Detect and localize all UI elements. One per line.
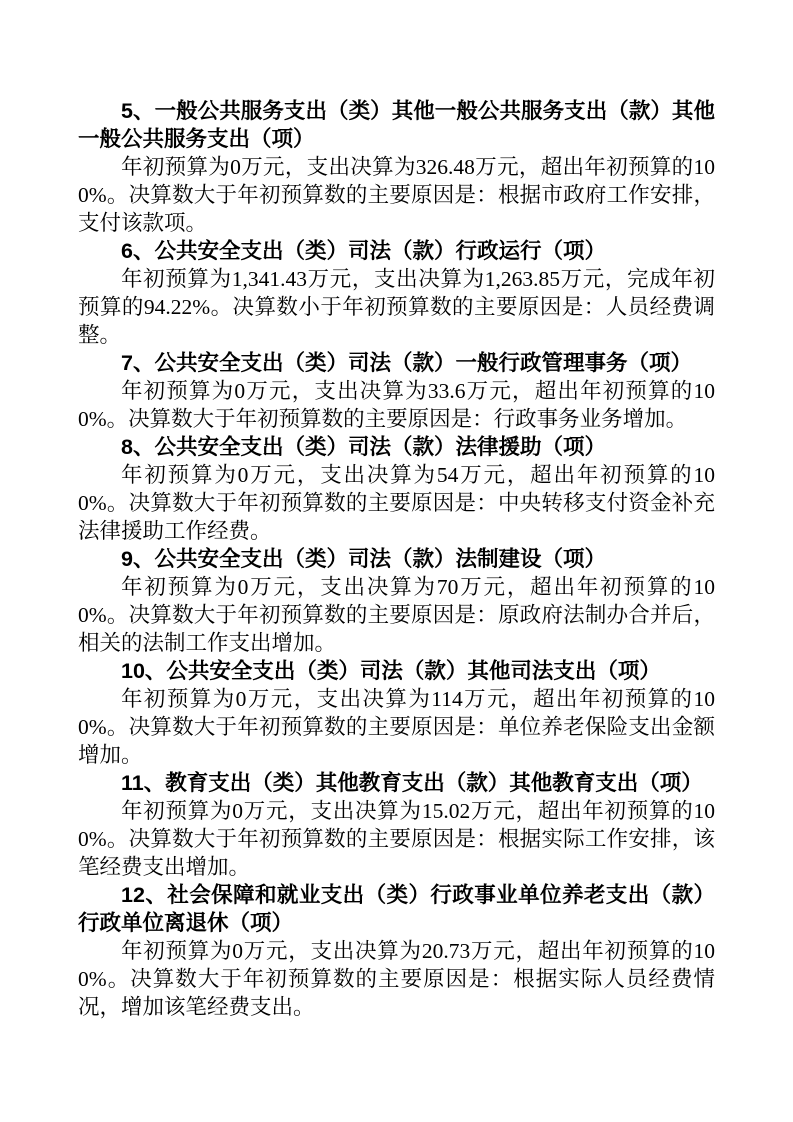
section-heading: 11、教育支出（类）其他教育支出（款）其他教育支出（项） [78, 769, 715, 797]
section-body: 年初预算为0万元，支出决算为326.48万元，超出年初预算的100%。决算数大于… [78, 153, 715, 237]
budget-section: 12、社会保障和就业支出（类）行政事业单位养老支出（款）行政单位离退休（项） 年… [78, 881, 715, 1021]
section-heading: 8、公共安全支出（类）司法（款）法律援助（项） [78, 433, 715, 461]
section-heading: 5、一般公共服务支出（类）其他一般公共服务支出（款）其他一般公共服务支出（项） [78, 97, 715, 153]
section-body: 年初预算为0万元，支出决算为15.02万元，超出年初预算的100%。决算数大于年… [78, 797, 715, 881]
budget-section: 5、一般公共服务支出（类）其他一般公共服务支出（款）其他一般公共服务支出（项） … [78, 97, 715, 237]
budget-section: 10、公共安全支出（类）司法（款）其他司法支出（项） 年初预算为0万元，支出决算… [78, 657, 715, 769]
section-heading: 12、社会保障和就业支出（类）行政事业单位养老支出（款）行政单位离退休（项） [78, 881, 715, 937]
section-body: 年初预算为0万元，支出决算为33.6万元，超出年初预算的100%。决算数大于年初… [78, 377, 715, 433]
document-page: 5、一般公共服务支出（类）其他一般公共服务支出（款）其他一般公共服务支出（项） … [0, 0, 793, 1122]
budget-section: 6、公共安全支出（类）司法（款）行政运行（项） 年初预算为1,341.43万元，… [78, 237, 715, 349]
section-body: 年初预算为0万元，支出决算为114万元，超出年初预算的100%。决算数大于年初预… [78, 685, 715, 769]
budget-section: 8、公共安全支出（类）司法（款）法律援助（项） 年初预算为0万元，支出决算为54… [78, 433, 715, 545]
budget-section: 7、公共安全支出（类）司法（款）一般行政管理事务（项） 年初预算为0万元，支出决… [78, 349, 715, 433]
document-content: 5、一般公共服务支出（类）其他一般公共服务支出（款）其他一般公共服务支出（项） … [78, 97, 715, 1021]
budget-section: 9、公共安全支出（类）司法（款）法制建设（项） 年初预算为0万元，支出决算为70… [78, 545, 715, 657]
section-heading: 6、公共安全支出（类）司法（款）行政运行（项） [78, 237, 715, 265]
section-heading: 7、公共安全支出（类）司法（款）一般行政管理事务（项） [78, 349, 715, 377]
budget-section: 11、教育支出（类）其他教育支出（款）其他教育支出（项） 年初预算为0万元，支出… [78, 769, 715, 881]
section-body: 年初预算为0万元，支出决算为70万元，超出年初预算的100%。决算数大于年初预算… [78, 573, 715, 657]
section-body: 年初预算为0万元，支出决算为54万元，超出年初预算的100%。决算数大于年初预算… [78, 461, 715, 545]
section-body: 年初预算为0万元，支出决算为20.73万元，超出年初预算的100%。决算数大于年… [78, 937, 715, 1021]
section-body: 年初预算为1,341.43万元，支出决算为1,263.85万元，完成年初预算的9… [78, 265, 715, 349]
section-heading: 9、公共安全支出（类）司法（款）法制建设（项） [78, 545, 715, 573]
section-heading: 10、公共安全支出（类）司法（款）其他司法支出（项） [78, 657, 715, 685]
